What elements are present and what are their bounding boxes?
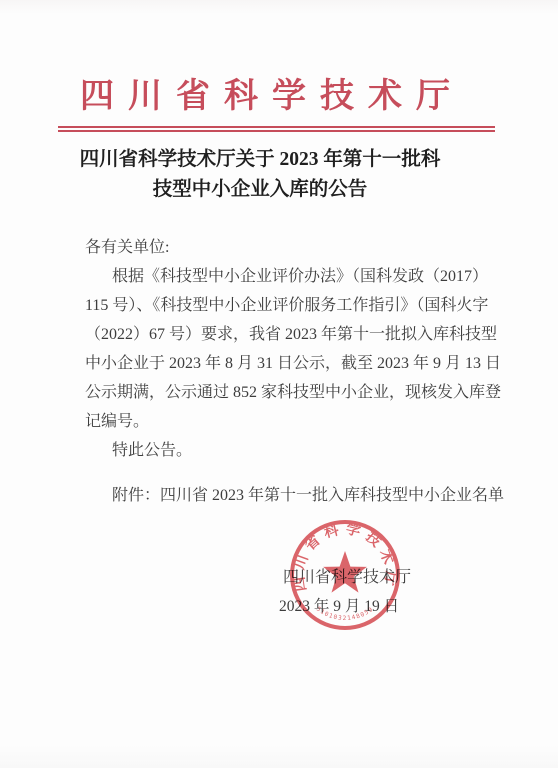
body-line: 115 号）、《科技型中小企业评价服务工作指引》（国科火字	[85, 291, 504, 320]
document-body: 各有关单位: 根据《科技型中小企业评价办法》（国科发政（2017） 115 号）…	[85, 233, 504, 510]
document-title-line2: 技型中小企业入库的公告	[0, 175, 520, 205]
document-title: 四川省科学技术厅关于 2023 年第十一批科 技型中小企业入库的公告	[0, 145, 520, 205]
body-line: 中小企业于 2023 年 8 月 31 日公示，截至 2023 年 9 月 13…	[85, 349, 504, 378]
attachment-line: 附件：四川省 2023 年第十一批入库科技型中小企业名单	[85, 481, 504, 510]
agency-header: 四川省科学技术厅	[0, 68, 530, 117]
document-page: 四川省科学技术厅 四川省科学技术厅关于 2023 年第十一批科 技型中小企业入库…	[0, 0, 558, 768]
body-line: 根据《科技型中小企业评价办法》（国科发政（2017）	[85, 262, 504, 291]
body-line: 公示期满，公示通过 852 家科技型中小企业，现核发入库登	[85, 378, 504, 407]
closing-line: 特此公告。	[85, 436, 504, 465]
official-seal: 四川省科学技术厅 5101032148050	[285, 515, 405, 635]
seal-code: 5101032148050	[315, 606, 375, 622]
seal-star-icon	[323, 551, 367, 593]
document-title-line1: 四川省科学技术厅关于 2023 年第十一批科	[0, 145, 520, 175]
body-line: 记编号。	[85, 407, 504, 436]
salutation: 各有关单位:	[85, 233, 504, 262]
body-line: （2022）67 号）要求，我省 2023 年第十一批拟入库科技型	[85, 320, 504, 349]
header-divider-rule	[58, 126, 495, 132]
